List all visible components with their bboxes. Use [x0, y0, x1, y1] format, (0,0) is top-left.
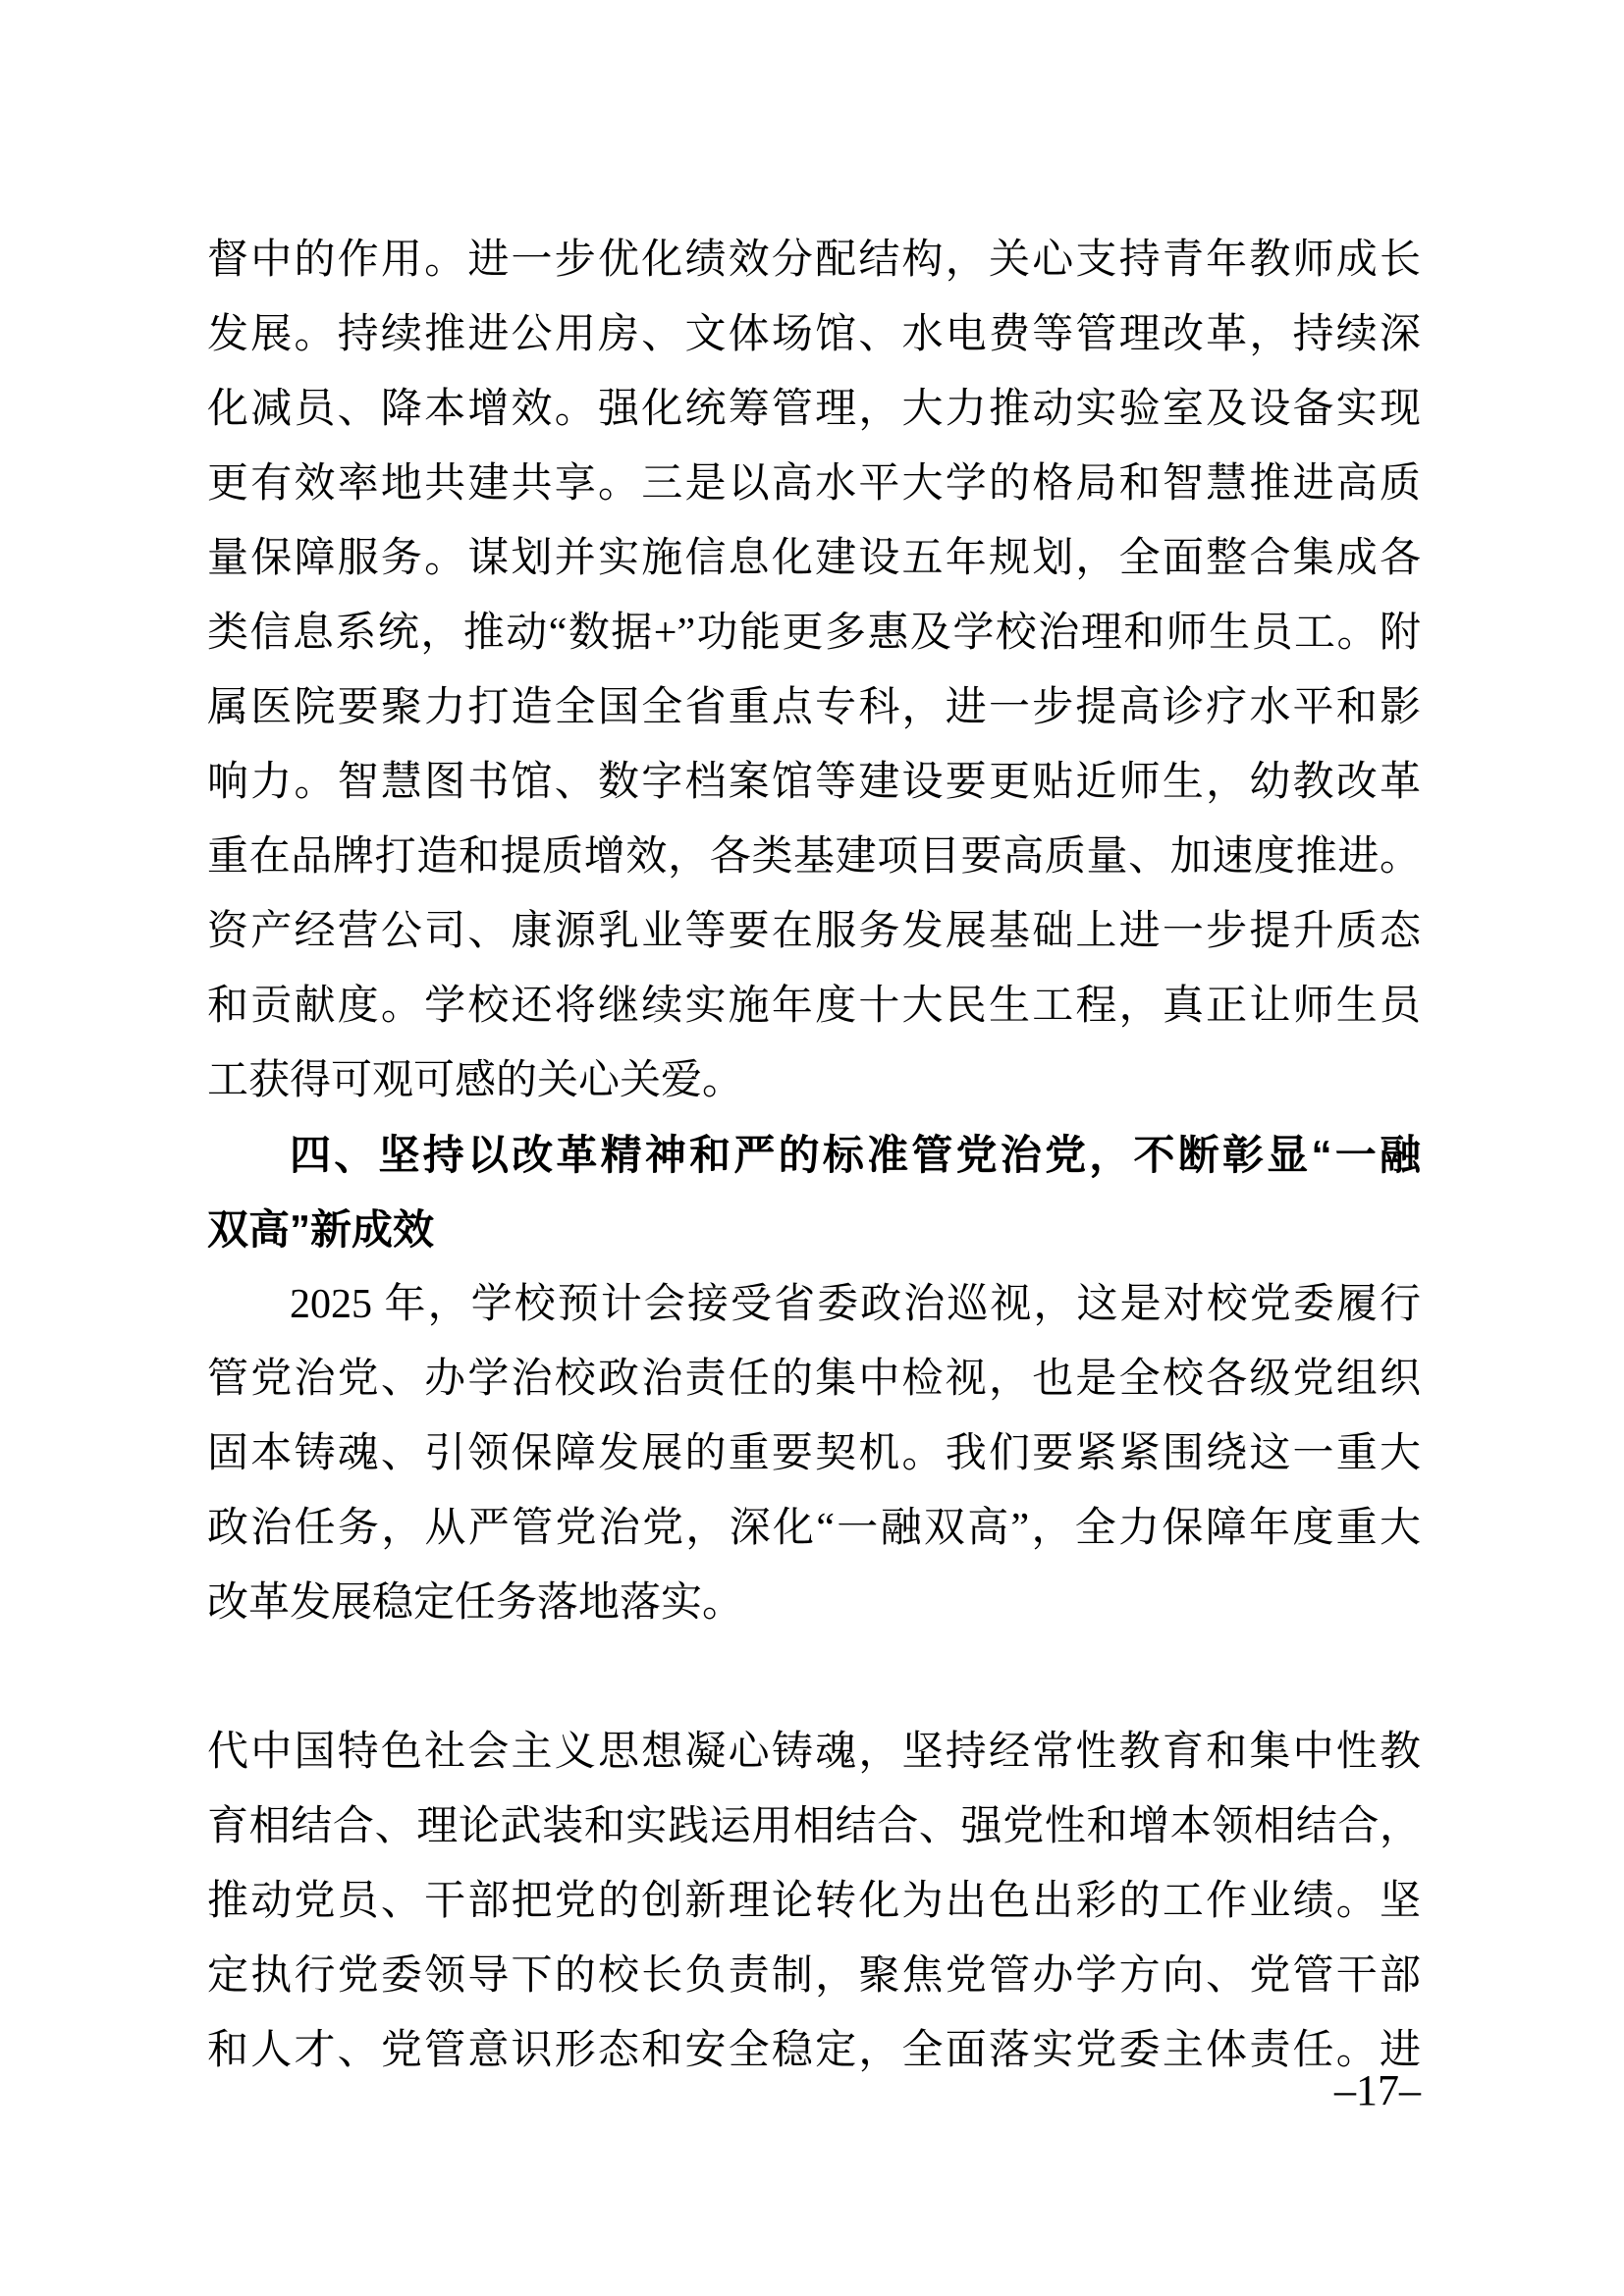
text-line: 2025 年，学校预计会接受省委政治巡视，这是对校党委履行: [207, 1267, 1421, 1342]
section-heading-line-1: 四、坚持以改革精神和严的标准管党治党，不断彰显“一融: [207, 1118, 1421, 1193]
text-line: 属医院要聚力打造全国全省重点专科，进一步提高诊疗水平和影: [207, 670, 1421, 745]
text-line: 推动党员、干部把党的创新理论转化为出色出彩的工作业绩。坚: [207, 1864, 1421, 1939]
page-number: –17–: [1334, 2069, 1421, 2112]
text-line: 发展。持续推进公用房、文体场馆、水电费等管理改革，持续深: [207, 297, 1421, 372]
text-line: 重在品牌打造和提质增效，各类基建项目要高质量、加速度推进。: [207, 820, 1421, 894]
text-line: 改革发展稳定任务落地落实。: [207, 1566, 1421, 1640]
text-line: 更有效率地共建共享。三是以高水平大学的格局和智慧推进高质: [207, 447, 1421, 521]
text-line: 管党治党、办学治校政治责任的集中检视，也是全校各级党组织: [207, 1342, 1421, 1416]
text-line: 定执行党委领导下的校长负责制，聚焦党管办学方向、党管干部: [207, 1939, 1421, 2013]
text-line: 类信息系统，推动“数据+”功能更多惠及学校治理和师生员工。附: [207, 596, 1421, 670]
text-block: 督中的作用。进一步优化绩效分配结构，关心支持青年教师成长 发展。持续推进公用房、…: [207, 223, 1421, 2088]
text-line: 工获得可观可感的关心关爱。: [207, 1043, 1421, 1118]
document-page: 督中的作用。进一步优化绩效分配结构，关心支持青年教师成长 发展。持续推进公用房、…: [0, 0, 1624, 2296]
section-heading-line-2: 双高”新成效: [207, 1193, 1421, 1267]
text-line: 资产经营公司、康源乳业等要在服务发展基础上进一步提升质态: [207, 894, 1421, 969]
text-line: 固本铸魂、引领保障发展的重要契机。我们要紧紧围绕这一重大: [207, 1416, 1421, 1491]
text-line: 育相结合、理论武装和实践运用相结合、强党性和增本领相结合，: [207, 1789, 1421, 1864]
text-line: 响力。智慧图书馆、数字档案馆等建设要更贴近师生，幼教改革: [207, 745, 1421, 820]
text-line: 和贡献度。学校还将继续实施年度十大民生工程，真正让师生员: [207, 969, 1421, 1043]
text-line: 政治任务，从严管党治党，深化“一融双高”，全力保障年度重大: [207, 1491, 1421, 1566]
text-line: 督中的作用。进一步优化绩效分配结构，关心支持青年教师成长: [207, 223, 1421, 297]
text-line: 化减员、降本增效。强化统筹管理，大力推动实验室及设备实现: [207, 372, 1421, 447]
text-line: 代中国特色社会主义思想凝心铸魂，坚持经常性教育和集中性教: [207, 1715, 1421, 1789]
text-line: 一是加强党对学校工作的全面领导。持续不懈用习近平新时: [207, 1640, 1421, 1715]
text-line: 和人才、党管意识形态和安全稳定，全面落实党委主体责任。进: [207, 2013, 1421, 2088]
text-line: 量保障服务。谋划并实施信息化建设五年规划，全面整合集成各: [207, 521, 1421, 596]
